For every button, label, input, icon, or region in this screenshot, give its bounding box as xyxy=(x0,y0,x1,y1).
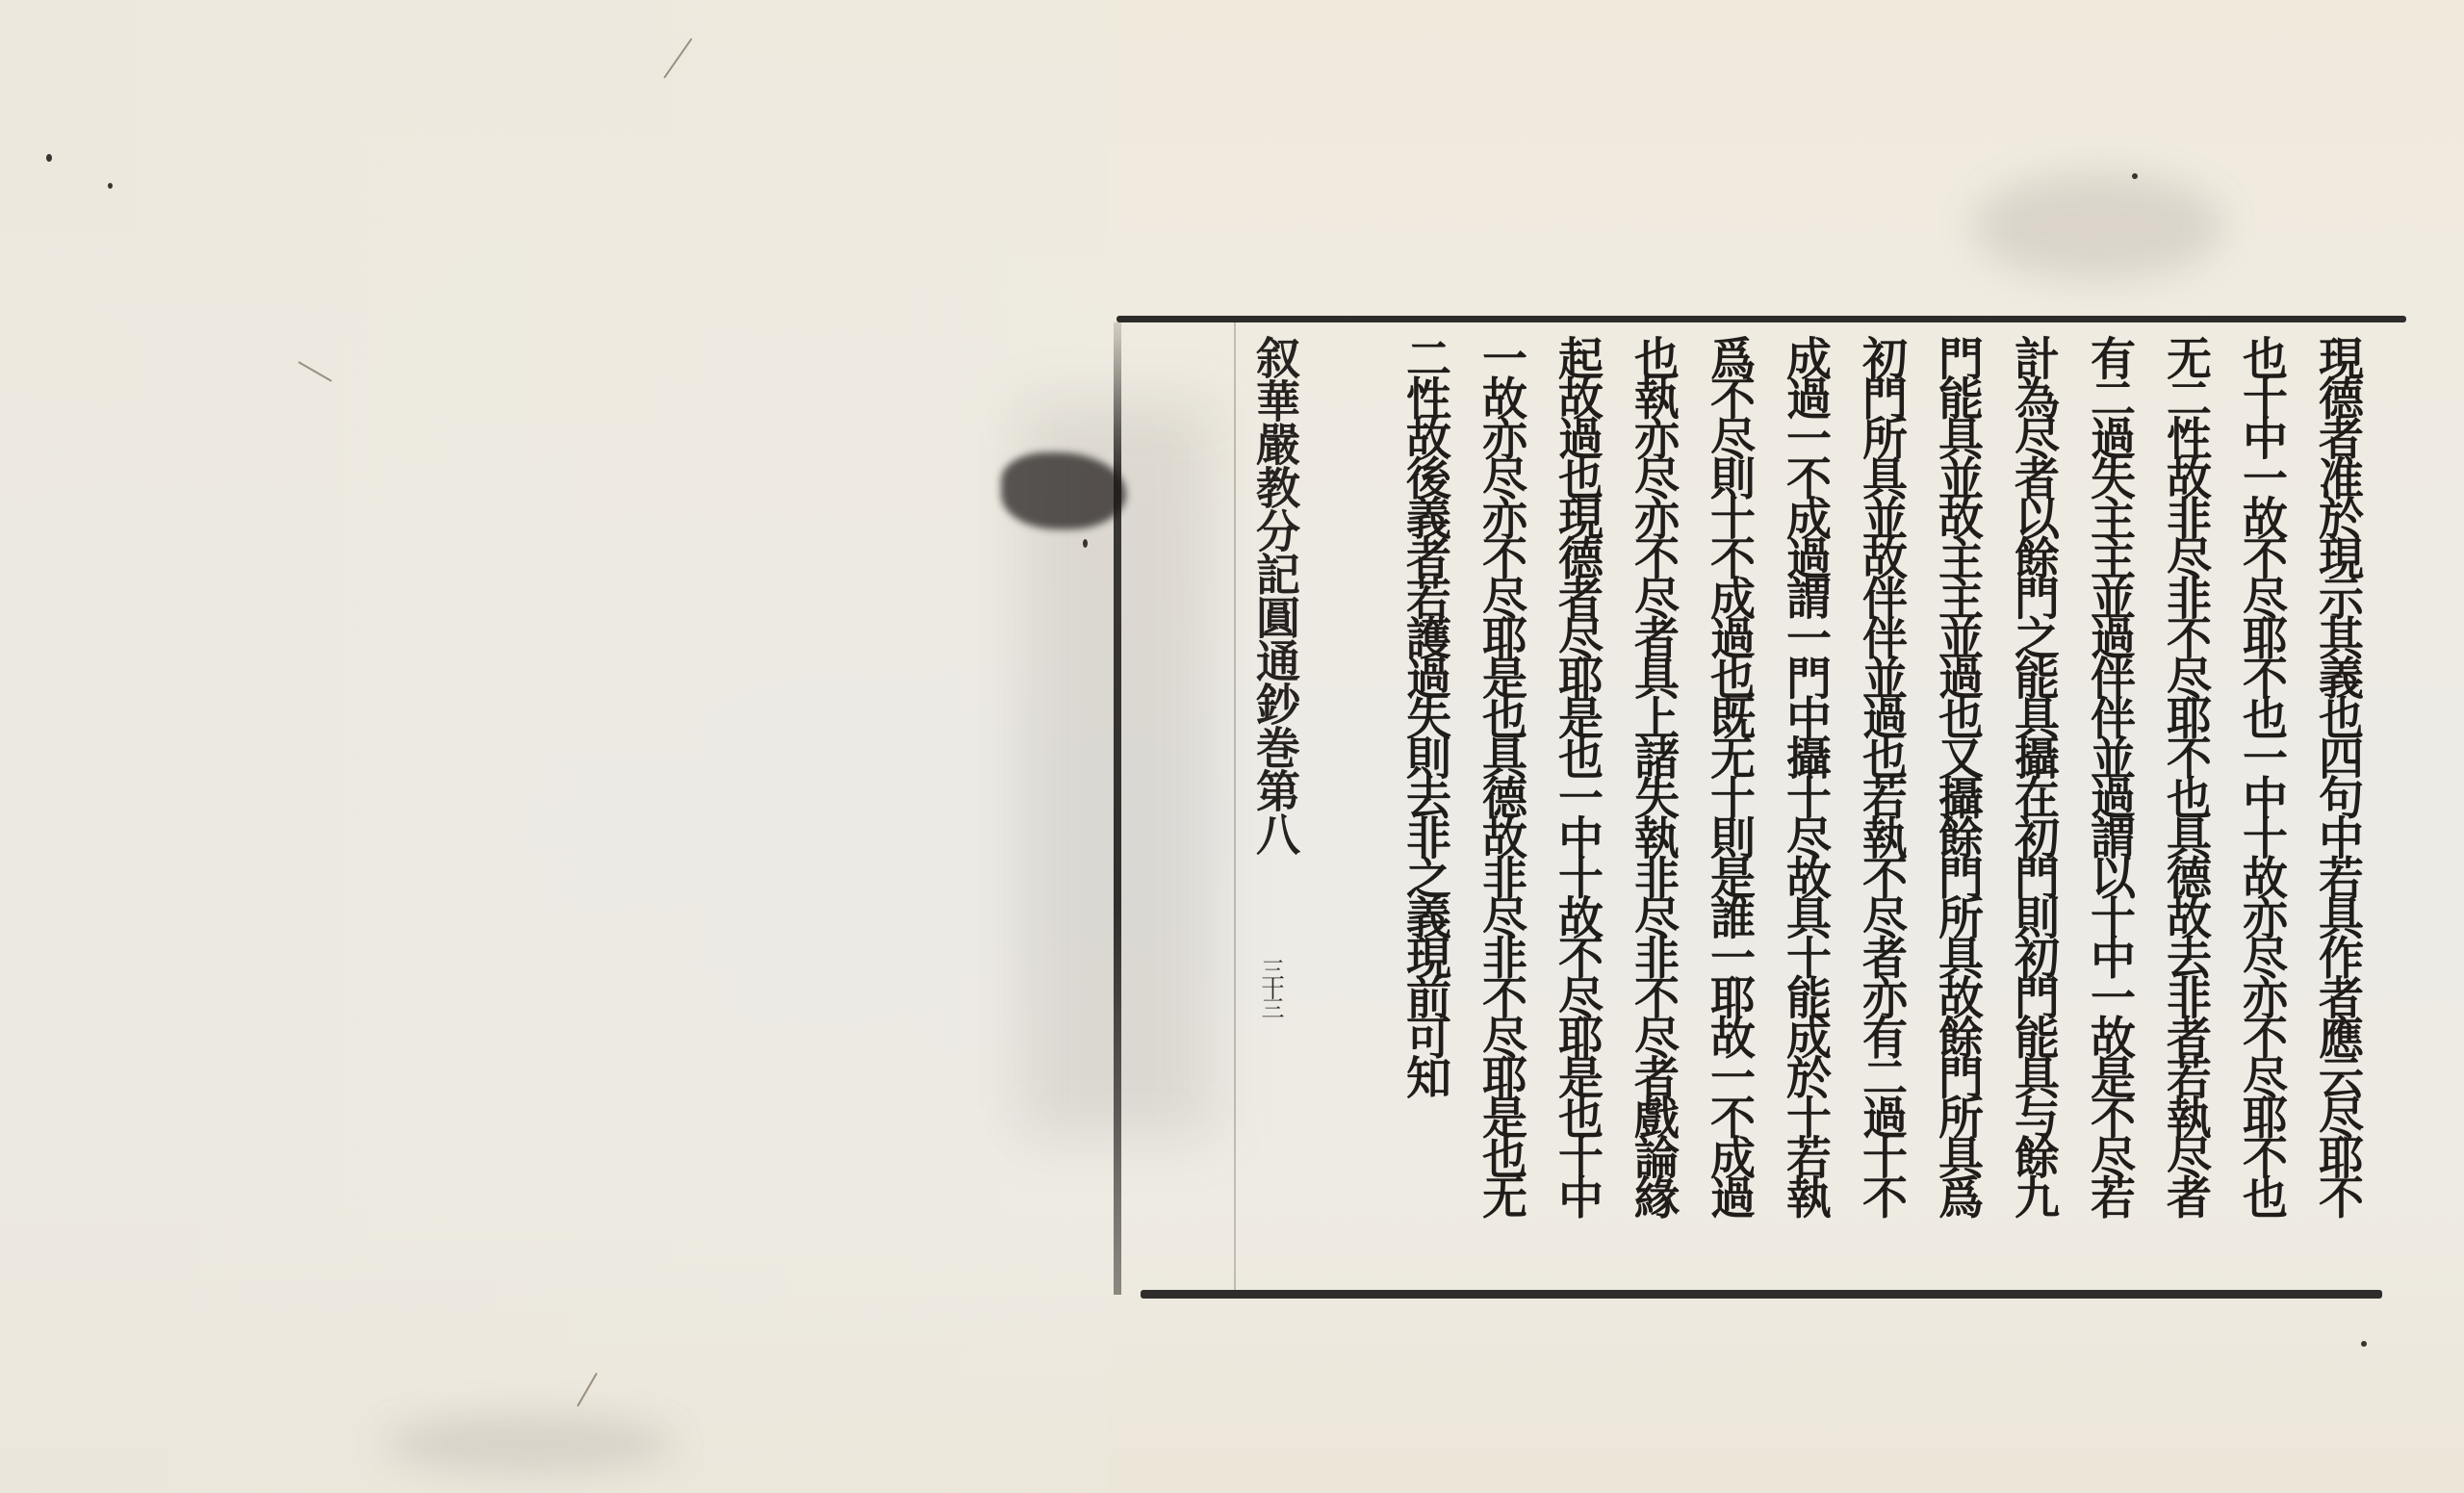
text-column: 二性故後義者若護過失則去非之義現前可知 xyxy=(1387,335,1463,1288)
block-column-divider xyxy=(1234,322,1236,1290)
left-blank-page xyxy=(0,0,1107,1493)
block-border-top xyxy=(1116,316,2406,322)
text-column: 也十中一故不尽耶不也一中十故亦尽亦不尽耶不也 xyxy=(2223,335,2299,1288)
text-column: 也執亦尽亦不尽者具上諸失執非尽非不尽者戲論緣 xyxy=(1615,335,1691,1288)
text-column: 初門所具並故伴伴並過也若執不尽者亦有二過十不 xyxy=(1843,335,1919,1288)
volume-title: 叙華嚴教分記圓通鈔巻第八 xyxy=(1242,335,1309,855)
text-column: 門能具並故主主並過也又攝餘門所具故餘門所具爲 xyxy=(1919,335,1995,1288)
text-column: 成過一不成過謂一門中攝十尽故具十能成於十若執 xyxy=(1767,335,1843,1288)
paper-stain xyxy=(385,1415,674,1473)
paper-speck xyxy=(2361,1341,2367,1347)
paper-speck xyxy=(1083,539,1088,548)
text-column: 一故亦尽亦不尽耶是也具德故非尽非不尽耶是也无 xyxy=(1463,335,1539,1288)
text-column: 起故過也現德者尽耶是也一中十故不尽耶是也十中 xyxy=(1539,335,1615,1288)
text-column: 有二過失主主並過伴伴並過謂以十中一故是不尽若 xyxy=(2071,335,2147,1288)
block-border-bottom xyxy=(1141,1290,2382,1299)
text-column: 无二性故非尽非不尽耶不也具德故去非者若執尽者 xyxy=(2147,335,2223,1288)
text-column: 爲不尽則十不成過也既无十則是誰一耶故一不成過 xyxy=(1691,335,1767,1288)
paper-stain xyxy=(1973,173,2223,279)
block-border-left xyxy=(1114,322,1121,1295)
paper-speck xyxy=(2132,173,2138,179)
text-column: 現德者准於現示其義也四句中若具作者應云尽耶不 xyxy=(2299,335,2375,1288)
paper-speck xyxy=(108,183,113,189)
text-column: 計為尽者以餘門之能具攝在初門則初門能具与餘九 xyxy=(1995,335,2071,1288)
page-number: 三十三 xyxy=(1251,958,1290,1016)
text-columns: 現德者准於現示其義也四句中若具作者應云尽耶不 也十中一故不尽耶不也一中十故亦尽亦… xyxy=(1387,335,2375,1288)
paper-speck xyxy=(46,154,52,162)
